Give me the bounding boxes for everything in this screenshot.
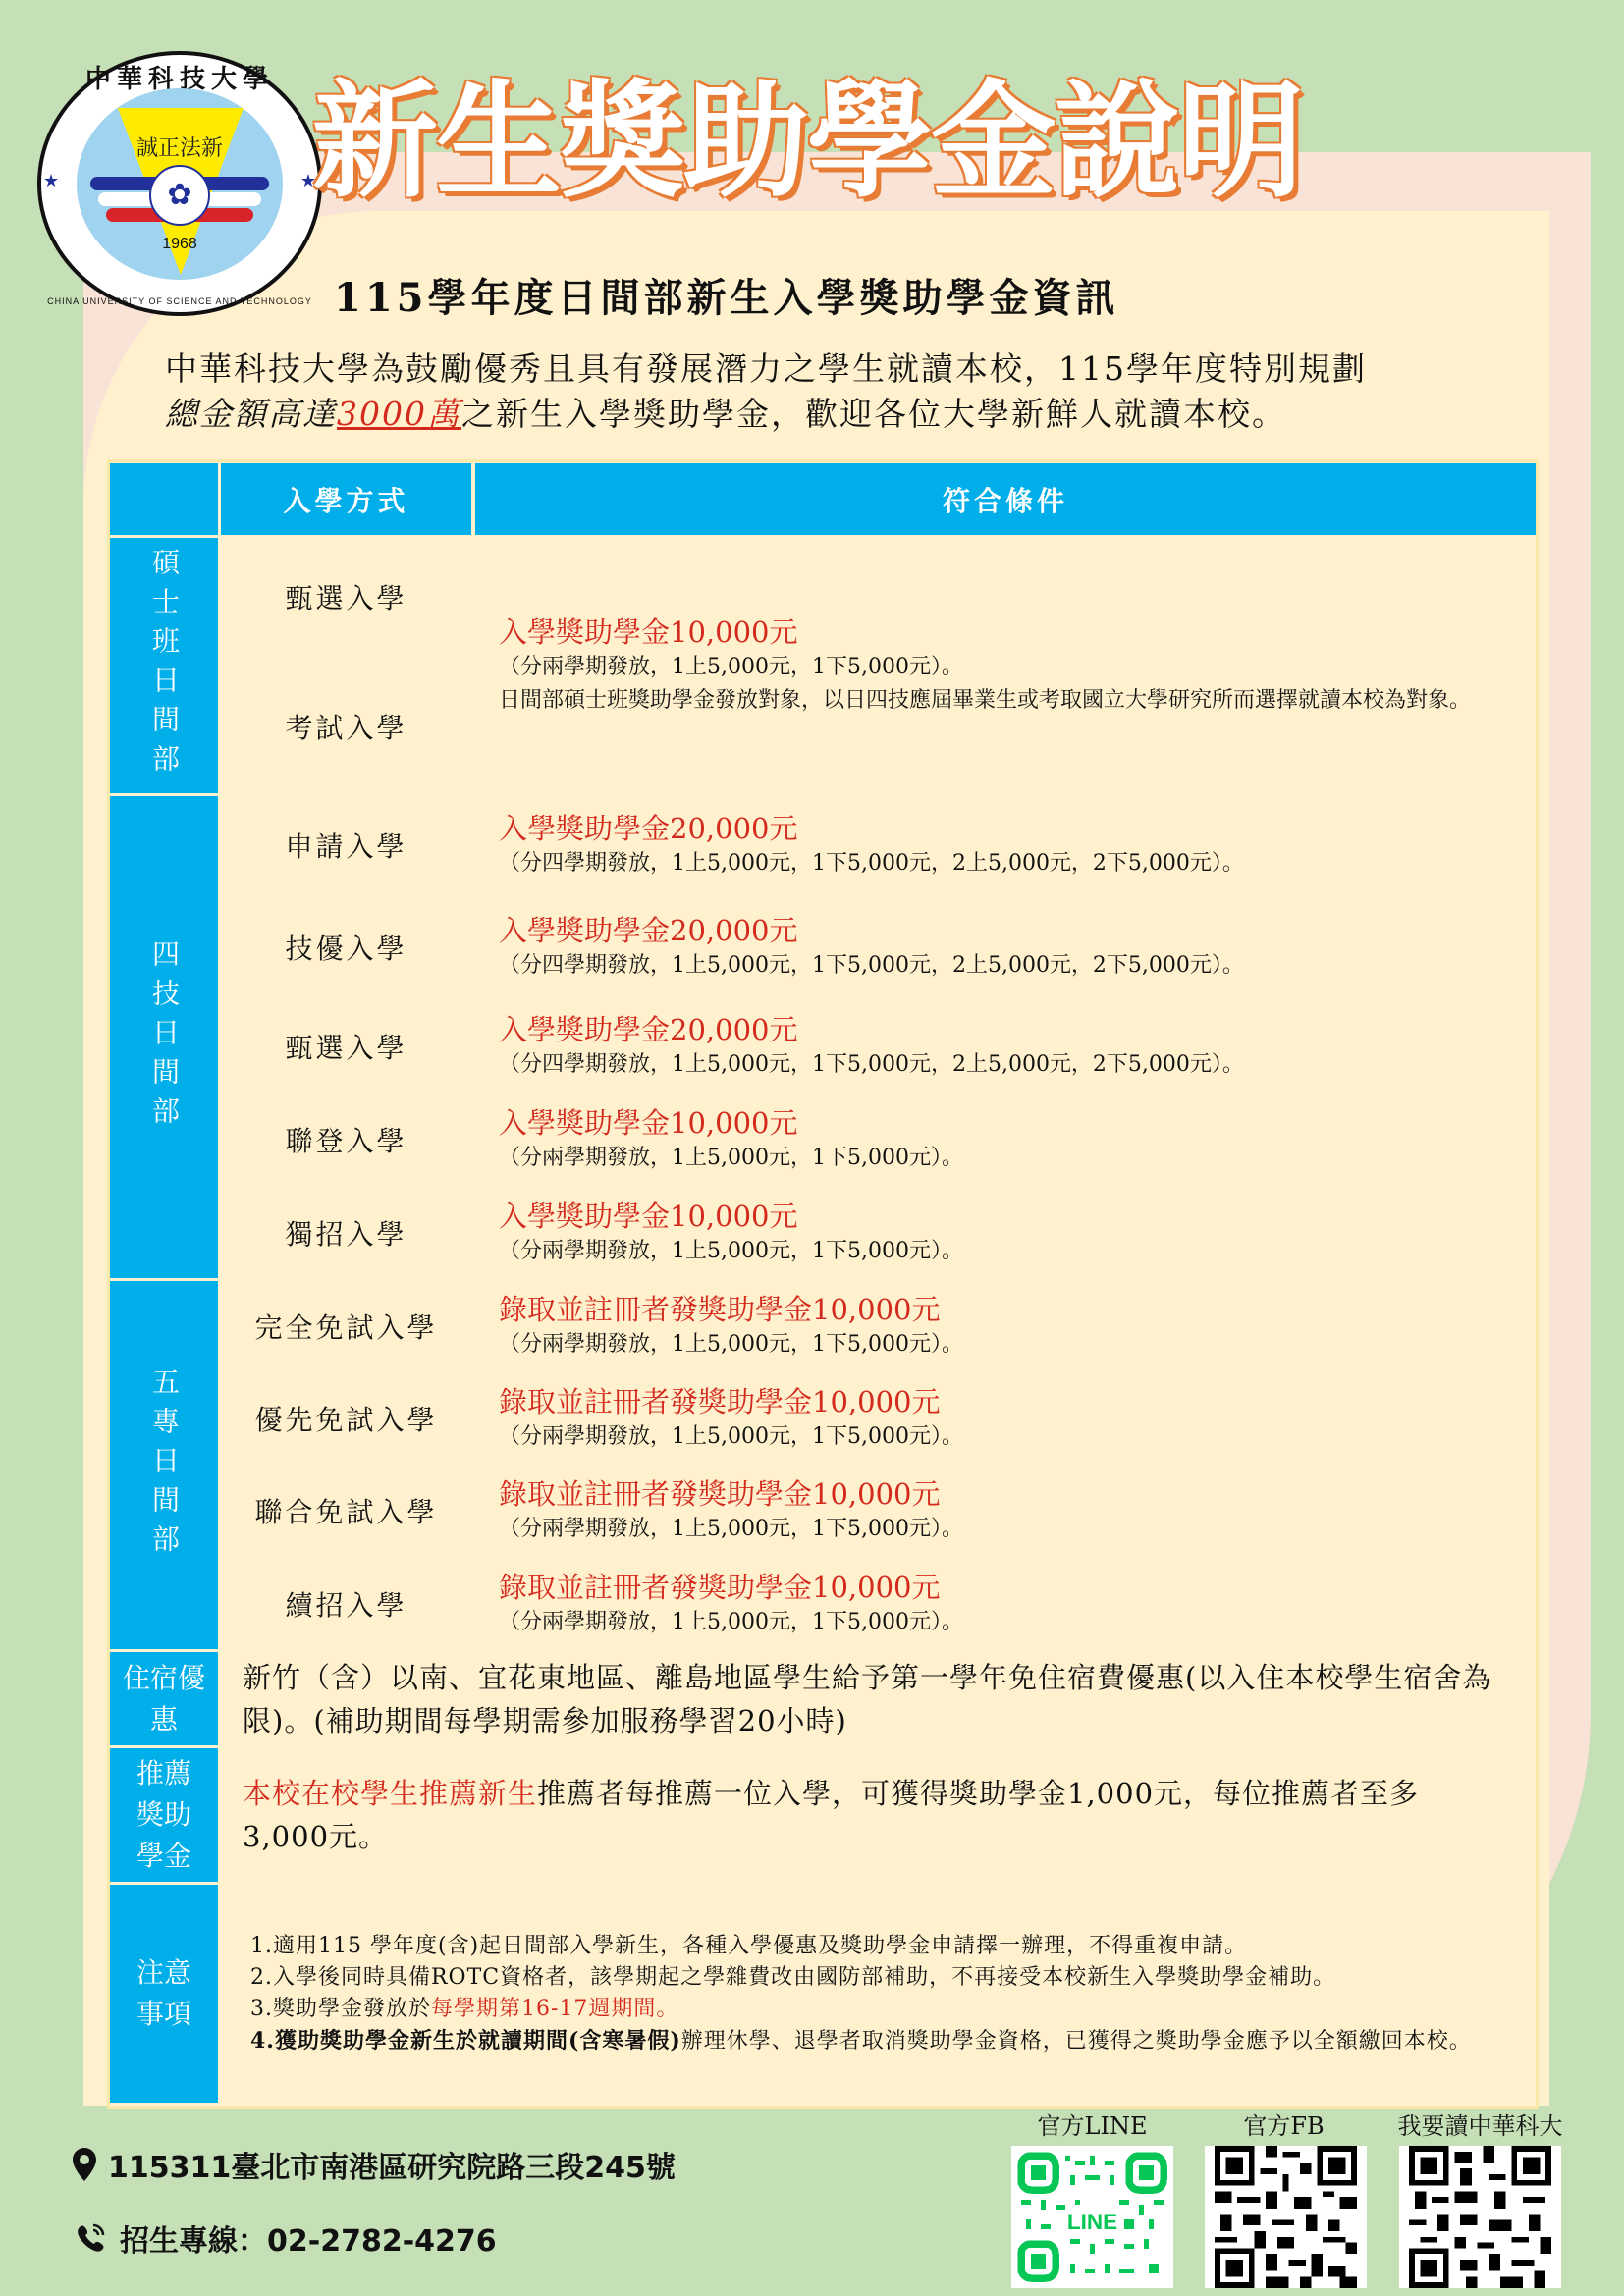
payment-detail: （分兩學期發放，1上5,000元，1下5,000元）。	[499, 1328, 1512, 1362]
intro-line-1: 中華科技大學為鼓勵優秀且具有發展潛力之學生就讀本校，115學年度特別規劃	[165, 347, 1367, 392]
referral-label: 推薦獎助學金	[110, 1748, 218, 1882]
group-label: 四技日間部	[143, 939, 185, 1136]
method-row: 完全免試入學	[221, 1281, 471, 1371]
method-row: 申請入學	[221, 796, 471, 893]
payment-detail: （分四學期發放，1上5,000元，1下5,000元，2上5,000元，2下5,0…	[499, 949, 1512, 983]
payment-detail: （分兩學期發放，1上5,000元，1下5,000元）。	[499, 651, 1512, 684]
intro-prefix: 總金額高達	[165, 395, 337, 433]
location-pin-icon	[73, 2148, 96, 2181]
condition-cell: 錄取並註冊者發獎助學金10,000元 （分兩學期發放，1上5,000元，1下5,…	[475, 1558, 1536, 1649]
header-conditions: 符合條件	[475, 463, 1536, 535]
note-text: 辦理休學、退學者取消獎助學金資格，已獲得之獎助學金應予以全額繳回本校。	[681, 2029, 1472, 2054]
condition-cell: 入學獎助學金20,000元 （分四學期發放，1上5,000元，1下5,000元，…	[475, 896, 1536, 998]
payment-detail: （分兩學期發放，1上5,000元，1下5,000元）。	[499, 1142, 1512, 1175]
svg-text:LINE: LINE	[1067, 2210, 1117, 2234]
scholarship-amount: 入學獎助學金20,000元	[499, 912, 1512, 949]
method-row: 獨招入學	[221, 1187, 471, 1278]
payment-detail: （分兩學期發放，1上5,000元，1下5,000元）。	[499, 1235, 1512, 1268]
scholarship-amount: 入學獎助學金10,000元	[499, 1104, 1512, 1142]
qr-label-line: 官方LINE	[1011, 2107, 1173, 2141]
note-highlight: 每學期第16-17週期間。	[431, 1997, 678, 2021]
method-row: 優先免試入學	[221, 1374, 471, 1463]
scholarship-amount: 錄取並註冊者發獎助學金10,000元	[499, 1569, 1512, 1606]
scholarship-amount: 入學獎助學金20,000元	[499, 810, 1512, 847]
condition-cell: 錄取並註冊者發獎助學金10,000元 （分兩學期發放，1上5,000元，1下5,…	[475, 1281, 1536, 1371]
fb-qr-icon[interactable]	[1205, 2146, 1367, 2288]
notes-list: 1.適用115 學年度(含)起日間部入學新生，各種入學優惠及獎助學金申請擇一辦理…	[221, 1885, 1536, 2103]
logo-motto: 誠正法新	[77, 132, 283, 162]
group-label: 碩士班日間部	[143, 548, 185, 783]
qr-label-fb: 官方FB	[1203, 2107, 1365, 2141]
intro-suffix: 之新生入學獎助學金，歡迎各位大學新鮮人就讀本校。	[461, 395, 1286, 433]
logo-emblem: 誠正法新 ✿ 1968	[77, 88, 283, 280]
intro-paragraph: 中華科技大學為鼓勵優秀且具有發展潛力之學生就讀本校，115學年度特別規劃 總金額…	[165, 347, 1367, 437]
header-admission-method: 入學方式	[221, 463, 471, 535]
method-row: 考試入學	[221, 659, 471, 793]
line-qr-icon[interactable]: LINE	[1011, 2146, 1173, 2288]
intro-line-2: 總金額高達3000萬之新生入學獎助學金，歡迎各位大學新鮮人就讀本校。	[165, 392, 1367, 437]
payment-detail: （分兩學期發放，1上5,000元，1下5,000元）。	[499, 1606, 1512, 1639]
condition-cell: 入學獎助學金20,000元 （分四學期發放，1上5,000元，1下5,000元，…	[475, 1001, 1536, 1092]
apply-qr-icon[interactable]	[1399, 2146, 1561, 2288]
note-bold: 4.獲助獎助學金新生於就讀期間(含寒暑假)	[250, 2028, 681, 2054]
logo-year: 1968	[77, 236, 283, 253]
note-item: 4.獲助獎助學金新生於就讀期間(含寒暑假)辦理休學、退學者取消獎助學金資格，已獲…	[250, 2025, 1514, 2057]
group-masters: 碩士班日間部	[110, 538, 218, 793]
condition-cell: 入學獎助學金10,000元 （分兩學期發放，1上5,000元，1下5,000元）…	[475, 538, 1536, 793]
scholarship-amount: 錄取並註冊者發獎助學金10,000元	[499, 1383, 1512, 1420]
referral-highlight: 本校在校學生推薦新生	[243, 1777, 537, 1810]
referral-body: 本校在校學生推薦新生推薦者每推薦一位入學，可獲得獎助學金1,000元，每位推薦者…	[243, 1772, 1514, 1858]
condition-cell: 入學獎助學金10,000元 （分兩學期發放，1上5,000元，1下5,000元）…	[475, 1187, 1536, 1278]
payment-detail: （分兩學期發放，1上5,000元，1下5,000元）。	[499, 1513, 1512, 1546]
phone-line: 招生專線：02-2782-4276	[73, 2216, 497, 2260]
address-text: 115311臺北市南港區研究院路三段245號	[108, 2143, 676, 2186]
group-label: 五專日間部	[143, 1367, 185, 1564]
star-icon: ★	[43, 171, 59, 191]
method-row: 甄選入學	[221, 1001, 471, 1092]
phone-text[interactable]: 招生專線：02-2782-4276	[120, 2216, 497, 2260]
note-item: 1.適用115 學年度(含)起日間部入學新生，各種入學優惠及獎助學金申請擇一辦理…	[250, 1931, 1514, 1962]
scholarship-amount: 錄取並註冊者發獎助學金10,000元	[499, 1475, 1512, 1513]
scholarship-amount: 錄取並註冊者發獎助學金10,000元	[499, 1291, 1512, 1328]
intro-total-amount: 3000萬	[337, 395, 461, 433]
scholarship-amount: 入學獎助學金10,000元	[499, 1198, 1512, 1235]
phone-icon	[73, 2221, 108, 2255]
payment-detail: （分四學期發放，1上5,000元，1下5,000元，2上5,000元，2下5,0…	[499, 1048, 1512, 1082]
logo-english-name: CHINA UNIVERSITY OF SCIENCE AND TECHNOLO…	[41, 296, 318, 306]
payment-detail: （分四學期發放，1上5,000元，1下5,000元，2上5,000元，2下5,0…	[499, 847, 1512, 881]
note-item: 2.入學後同時具備ROTC資格者，該學期起之學雜費改由國防部補助，不再接受本校新…	[250, 1962, 1514, 1994]
group-five-year: 五專日間部	[110, 1281, 218, 1649]
address-line: 115311臺北市南港區研究院路三段245號	[73, 2143, 676, 2186]
note-item: 3.獎助學金發放於每學期第16-17週期間。	[250, 1994, 1514, 2025]
method-row: 甄選入學	[221, 538, 471, 656]
condition-cell: 入學獎助學金20,000元 （分四學期發放，1上5,000元，1下5,000元，…	[475, 796, 1536, 893]
referral-text: 本校在校學生推薦新生推薦者每推薦一位入學，可獲得獎助學金1,000元，每位推薦者…	[221, 1748, 1536, 1882]
method-row: 聯登入學	[221, 1095, 471, 1184]
dorm-label: 住宿優惠	[110, 1652, 218, 1745]
group-four-year: 四技日間部	[110, 796, 218, 1278]
method-row: 聯合免試入學	[221, 1466, 471, 1555]
payment-detail: （分兩學期發放，1上5,000元，1下5,000元）。	[499, 1420, 1512, 1454]
scholarship-amount: 入學獎助學金10,000元	[499, 614, 1512, 651]
qr-label-apply: 我要讀中華科大	[1380, 2107, 1581, 2141]
eligibility-detail: 日間部碩士班獎助學金發放對象，以日四技應屆畢業生或考取國立大學研究所而選擇就讀本…	[499, 684, 1512, 718]
page-title: 新生獎助學金說明	[312, 69, 1510, 216]
condition-cell: 錄取並註冊者發獎助學金10,000元 （分兩學期發放，1上5,000元，1下5,…	[475, 1374, 1536, 1463]
note-prefix: 3.獎助學金發放於	[250, 1997, 431, 2021]
condition-cell: 錄取並註冊者發獎助學金10,000元 （分兩學期發放，1上5,000元，1下5,…	[475, 1466, 1536, 1555]
dorm-text: 新竹（含）以南、宜花東地區、離島地區學生給予第一學年免住宿費優惠(以入住本校學生…	[221, 1652, 1536, 1745]
page-subtitle: 115學年度日間部新生入學獎助學金資訊	[334, 267, 1119, 323]
header-blank	[110, 463, 218, 535]
scholarship-amount: 入學獎助學金20,000元	[499, 1011, 1512, 1048]
notes-label: 注意事項	[110, 1885, 218, 2103]
method-row: 技優入學	[221, 896, 471, 998]
condition-cell: 入學獎助學金10,000元 （分兩學期發放，1上5,000元，1下5,000元）…	[475, 1095, 1536, 1184]
university-logo: 中華科技大學 ★ ★ 誠正法新 ✿ 1968 CHINA UNIVERSITY …	[37, 51, 322, 316]
plum-blossom-icon: ✿	[149, 165, 210, 226]
method-row: 續招入學	[221, 1558, 471, 1649]
